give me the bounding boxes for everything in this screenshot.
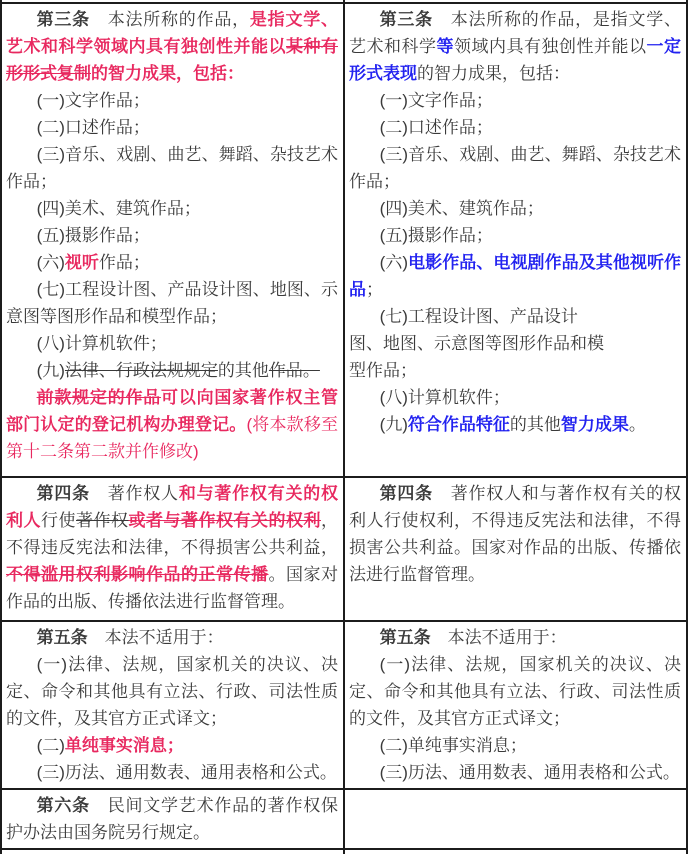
- paragraph: (九)法律、行政法规规定的其他作品。: [6, 357, 338, 384]
- text-run: 作品；: [99, 253, 150, 272]
- text-run: (六): [37, 253, 65, 272]
- article-number: 第五条: [380, 628, 431, 647]
- text-run: (九): [37, 361, 65, 380]
- deleted-text-red: 前款规定的作品: [37, 388, 161, 407]
- row-article-6: 第六条 民间文学艺术作品的著作权保护办法由国务院另行规定。: [2, 788, 686, 848]
- text-run: (三)音乐、戏剧、曲艺、舞蹈、杂技艺术作品；: [349, 145, 681, 191]
- article-number: 第三条: [380, 10, 433, 29]
- article-3-left-cell: 第三条 本法所称的作品，是指文学、艺术和科学领域内具有独创性并能以某种有形形式复…: [2, 4, 345, 476]
- paragraph: 第五条 本法不适用于：: [6, 624, 338, 651]
- paragraph: 第三条 本法所称的作品，是指文学、艺术和科学等领域内具有独创性并能以一定形式表现…: [349, 6, 681, 87]
- paragraph: (九)符合作品特征的其他智力成果。: [349, 411, 681, 438]
- paragraph: (四)美术、建筑作品；: [349, 195, 681, 222]
- text-run: (八)计算机软件；: [380, 388, 510, 407]
- text-run: (四)美术、建筑作品；: [380, 199, 544, 218]
- paragraph: (五)摄影作品；: [349, 222, 681, 249]
- inserted-text-blue: 符合作品特征: [408, 415, 510, 434]
- paragraph: 第三条 本法所称的作品，是指文学、艺术和科学领域内具有独创性并能以某种有形形式复…: [6, 6, 338, 87]
- deleted-text-black: 作品。: [269, 361, 320, 380]
- text-run: (三)音乐、戏剧、曲艺、舞蹈、杂技艺术作品；: [6, 145, 338, 191]
- paragraph: (二)口述作品；: [6, 114, 338, 141]
- article-number: 第五条: [37, 628, 88, 647]
- partial-bottom-left-cell: [2, 850, 345, 854]
- article-number: 第三条: [37, 10, 90, 29]
- paragraph: (七)工程设计图、产品设计 图、地图、示意图等图形作品和模 型作品；: [349, 303, 681, 384]
- text-run: (八)计算机软件；: [37, 334, 167, 353]
- partial-cell-right: [345, 0, 686, 2]
- partial-bottom-right-cell: [345, 850, 686, 854]
- text-run: 行使: [41, 511, 76, 530]
- paragraph: 第六条 民间文学艺术作品的著作权保护办法由国务院另行规定。: [6, 792, 338, 846]
- text-run: (二)口述作品；: [380, 118, 493, 137]
- inserted-text-red: 的智力成果，包括：: [91, 64, 244, 83]
- text-run: (三)历法、通用数表、通用表格和公式。: [380, 763, 680, 782]
- text-run: 领域内具有独创性并能以: [454, 37, 647, 56]
- text-run: (五)摄影作品；: [37, 226, 150, 245]
- paragraph: (八)计算机软件；: [6, 330, 338, 357]
- paragraph: 第五条 本法不适用于：: [349, 624, 681, 651]
- paragraph: (三)历法、通用数表、通用表格和公式。: [349, 759, 681, 786]
- row-article-4: 第四条 著作权人和与著作权有关的权利人行使著作权或者与著作权有关的权利，不得违反…: [2, 476, 686, 620]
- text-run: 著作权人: [90, 484, 179, 503]
- text-run: (七)工程设计图、产品设计 图、地图、示意图等图形作品和模 型作品；: [349, 307, 604, 380]
- text-run: 本法不适用于：: [88, 628, 224, 647]
- text-run: (一)文字作品；: [37, 91, 150, 110]
- paragraph: (一)文字作品；: [6, 87, 338, 114]
- partial-cell-left: [2, 0, 345, 2]
- law-comparison-table: 第三条 本法所称的作品，是指文学、艺术和科学领域内具有独创性并能以某种有形形式复…: [0, 0, 688, 854]
- article-6-right-cell: [345, 790, 686, 848]
- text-run: (六): [380, 253, 408, 272]
- article-5-right-cell: 第五条 本法不适用于：(一)法律、法规，国家机关的决议、决定、命令和其他具有立法…: [345, 622, 686, 788]
- text-run: 的其他: [218, 361, 269, 380]
- paragraph: (三)历法、通用数表、通用表格和公式。: [6, 759, 338, 786]
- paragraph: (六)电影作品、电视剧作品及其他视听作品；: [349, 249, 681, 303]
- paragraph: (二)口述作品；: [349, 114, 681, 141]
- inserted-text-red: 单纯事实消息；: [65, 736, 184, 755]
- paragraph: (二)单纯事实消息；: [349, 732, 681, 759]
- paragraph: 第四条 著作权人和与著作权有关的权利人行使著作权或者与著作权有关的权利，不得违反…: [6, 480, 338, 615]
- text-run: (二): [37, 736, 65, 755]
- text-run: (九): [380, 415, 408, 434]
- article-4-right-cell: 第四条 著作权人和与著作权有关的权利人行使权利，不得违反宪法和法律，不得损害公共…: [345, 478, 686, 620]
- text-run: (一)法律、法规，国家机关的决议、决定、命令和其他具有立法、行政、司法性质的文件…: [349, 655, 681, 728]
- article-number: 第四条: [380, 484, 433, 503]
- inserted-text-red: 视听: [65, 253, 99, 272]
- row-partial-bottom: [2, 848, 686, 854]
- paragraph: 第四条 著作权人和与著作权有关的权利人行使权利，不得违反宪法和法律，不得损害公共…: [349, 480, 681, 588]
- text-run: 的智力成果，包括：: [417, 64, 570, 83]
- row-article-3: 第三条 本法所称的作品，是指文学、艺术和科学领域内具有独创性并能以某种有形形式复…: [2, 2, 686, 476]
- paragraph: (一)法律、法规，国家机关的决议、决定、命令和其他具有立法、行政、司法性质的文件…: [349, 651, 681, 732]
- article-number: 第六条: [37, 796, 90, 815]
- article-5-left-cell: 第五条 本法不适用于：(一)法律、法规，国家机关的决议、决定、命令和其他具有立法…: [2, 622, 345, 788]
- paragraph: (四)美术、建筑作品；: [6, 195, 338, 222]
- text-run: 本法所称的作品，: [90, 10, 250, 29]
- paragraph: (六)视听作品；: [6, 249, 338, 276]
- row-article-5: 第五条 本法不适用于：(一)法律、法规，国家机关的决议、决定、命令和其他具有立法…: [2, 620, 686, 788]
- text-run: (四)美术、建筑作品；: [37, 199, 201, 218]
- inserted-text-blue: 智力成果: [561, 415, 629, 434]
- paragraph: (一)文字作品；: [349, 87, 681, 114]
- text-run: ；: [366, 280, 383, 299]
- article-4-left-cell: 第四条 著作权人和与著作权有关的权利人行使著作权或者与著作权有关的权利，不得违反…: [2, 478, 345, 620]
- text-run: 的其他: [510, 415, 561, 434]
- article-number: 第四条: [37, 484, 90, 503]
- text-run: (五)摄影作品；: [380, 226, 493, 245]
- paragraph: (三)音乐、戏剧、曲艺、舞蹈、杂技艺术作品；: [6, 141, 338, 195]
- article-3-right-cell: 第三条 本法所称的作品，是指文学、艺术和科学等领域内具有独创性并能以一定形式表现…: [345, 4, 686, 476]
- text-run: (七)工程设计图、产品设计图、地图、示意图等图形作品和模型作品；: [6, 280, 338, 326]
- text-run: 本法不适用于：: [431, 628, 567, 647]
- deleted-text-red: 或者与著作权有关的权利: [129, 511, 322, 530]
- article-6-left-cell: 第六条 民间文学艺术作品的著作权保护办法由国务院另行规定。: [2, 790, 345, 848]
- text-run: (二)口述作品；: [37, 118, 150, 137]
- deleted-text-red: 不得滥用权利影响作品的正常传播: [6, 565, 269, 584]
- inserted-text-blue: 等: [437, 37, 455, 56]
- text-run: (一)文字作品；: [380, 91, 493, 110]
- partial-row-top: [2, 0, 686, 2]
- paragraph: (二)单纯事实消息；: [6, 732, 338, 759]
- paragraph: (一)法律、法规，国家机关的决议、决定、命令和其他具有立法、行政、司法性质的文件…: [6, 651, 338, 732]
- text-run: (一)法律、法规，国家机关的决议、决定、命令和其他具有立法、行政、司法性质的文件…: [6, 655, 338, 728]
- paragraph: (八)计算机软件；: [349, 384, 681, 411]
- text-run: (二)单纯事实消息；: [380, 736, 527, 755]
- paragraph: (七)工程设计图、产品设计图、地图、示意图等图形作品和模型作品；: [6, 276, 338, 330]
- deleted-text-black: 法律、行政法规规定: [65, 361, 218, 380]
- paragraph: (五)摄影作品；: [6, 222, 338, 249]
- paragraph: (三)音乐、戏剧、曲艺、舞蹈、杂技艺术作品；: [349, 141, 681, 195]
- deleted-text-black: 著作权: [76, 511, 129, 530]
- text-run: (三)历法、通用数表、通用表格和公式。: [37, 763, 337, 782]
- paragraph: 前款规定的作品可以向国家著作权主管部门认定的登记机构办理登记。(将本款移至第十二…: [6, 384, 338, 465]
- text-run: 。: [629, 415, 646, 434]
